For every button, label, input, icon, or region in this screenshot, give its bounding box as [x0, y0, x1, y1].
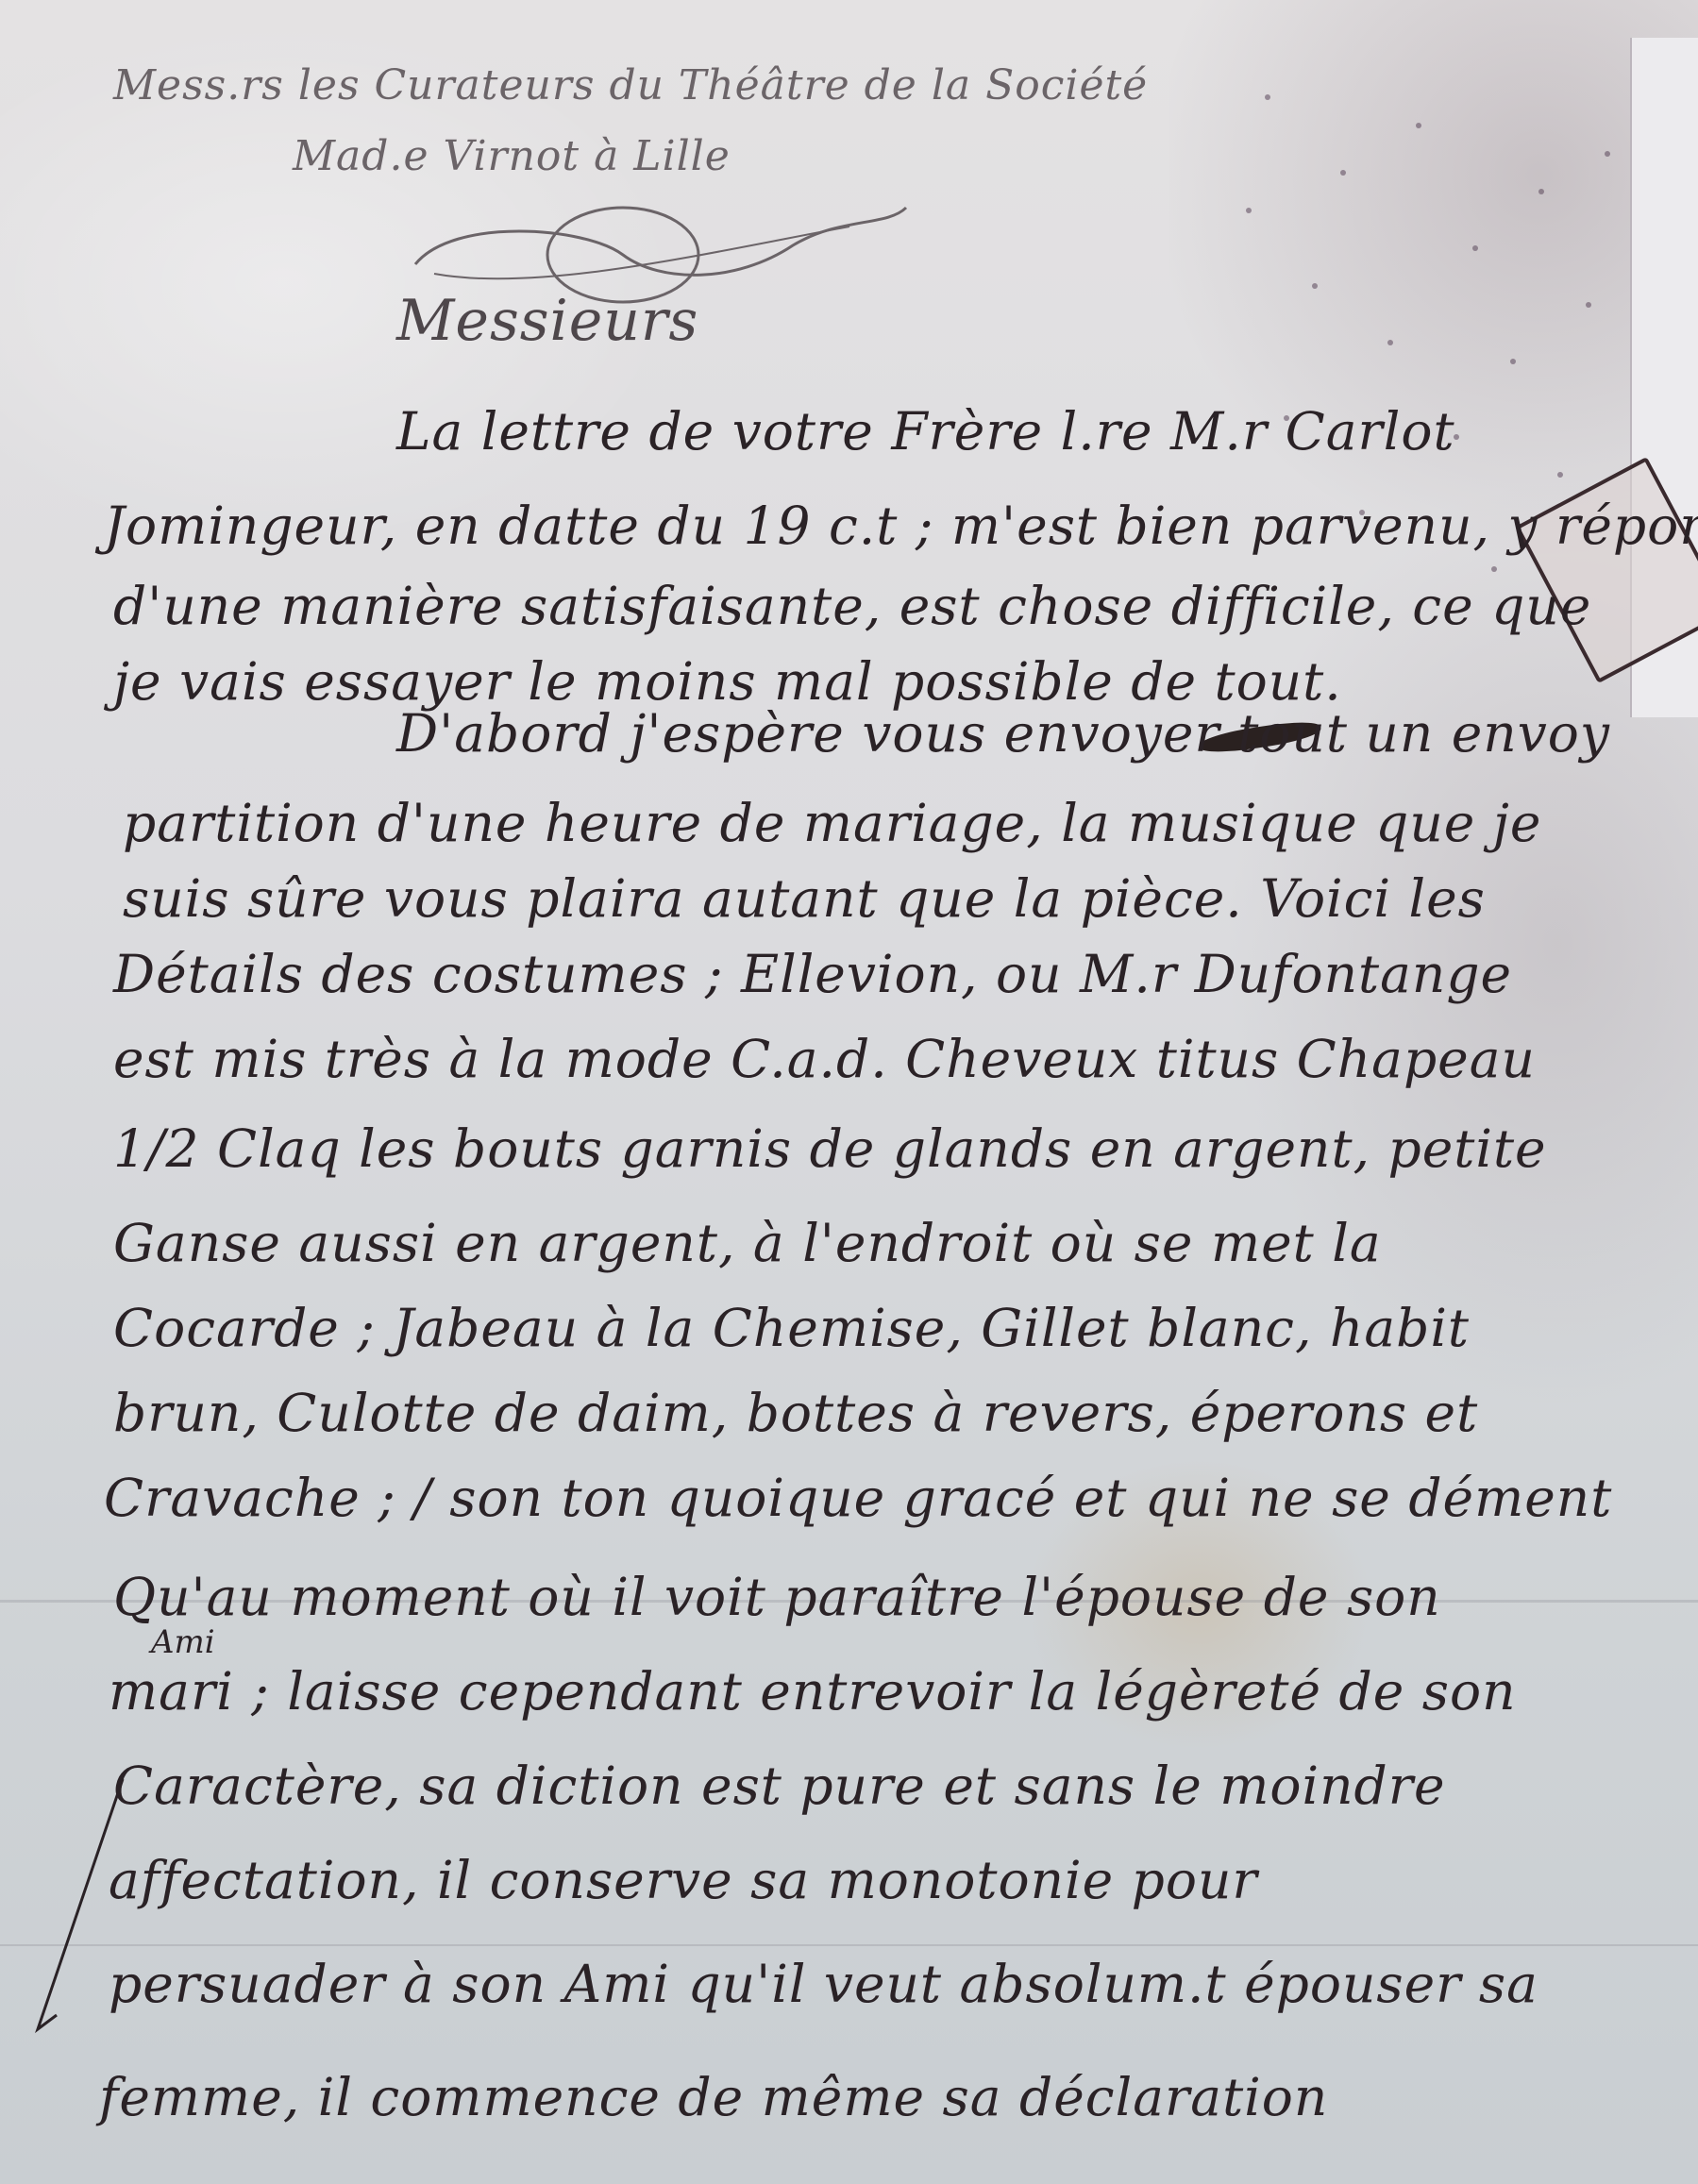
body-line: Qu'au moment où il voit paraître l'épous… — [113, 1567, 1441, 1627]
letter-header-line-2: Mad.e Virnot à Lille — [293, 132, 731, 180]
body-line: Cravache ; / son ton quoique gracé et qu… — [104, 1468, 1612, 1528]
body-line: femme, il commence de même sa déclaratio… — [99, 2067, 1328, 2127]
body-line: d'une manière satisfaisante, est chose d… — [113, 576, 1591, 636]
body-line: Ganse aussi en argent, à l'endroit où se… — [113, 1213, 1382, 1273]
body-line: Détails des costumes ; Ellevion, ou M.r … — [113, 944, 1512, 1004]
paper-fold-line — [0, 1944, 1698, 1946]
body-line: mari ; laisse cependant entrevoir la lég… — [109, 1661, 1517, 1722]
body-line: est mis très à la mode C.a.d. Cheveux ti… — [113, 1029, 1536, 1089]
body-line: D'abord j'espère vous envoyer tout un en… — [396, 703, 1610, 764]
body-line: La lettre de votre Frère l.re M.r Carlot — [396, 401, 1455, 462]
body-line: Jomingeur, en datte du 19 c.t ; m'est bi… — [104, 496, 1698, 556]
body-line: Caractère, sa diction est pure et sans l… — [113, 1756, 1446, 1816]
body-line: persuader à son Ami qu'il veut absolum.t… — [109, 1954, 1538, 2014]
body-line: affectation, il conserve sa monotonie po… — [109, 1850, 1258, 1910]
body-line: partition d'une heure de mariage, la mus… — [123, 793, 1541, 853]
letter-header-line-1: Mess.rs les Curateurs du Théâtre de la S… — [113, 61, 1148, 109]
margin-stroke-icon — [19, 1774, 132, 2039]
body-line: 1/2 Claq les bouts garnis de glands en a… — [113, 1118, 1547, 1179]
interlinear-insertion: Ami — [151, 1623, 215, 1661]
body-line: Cocarde ; Jabeau à la Chemise, Gillet bl… — [113, 1298, 1470, 1358]
body-line: brun, Culotte de daim, bottes à revers, … — [113, 1383, 1478, 1443]
body-line: suis sûre vous plaira autant que la pièc… — [123, 868, 1486, 929]
salutation: Messieurs — [396, 288, 698, 354]
